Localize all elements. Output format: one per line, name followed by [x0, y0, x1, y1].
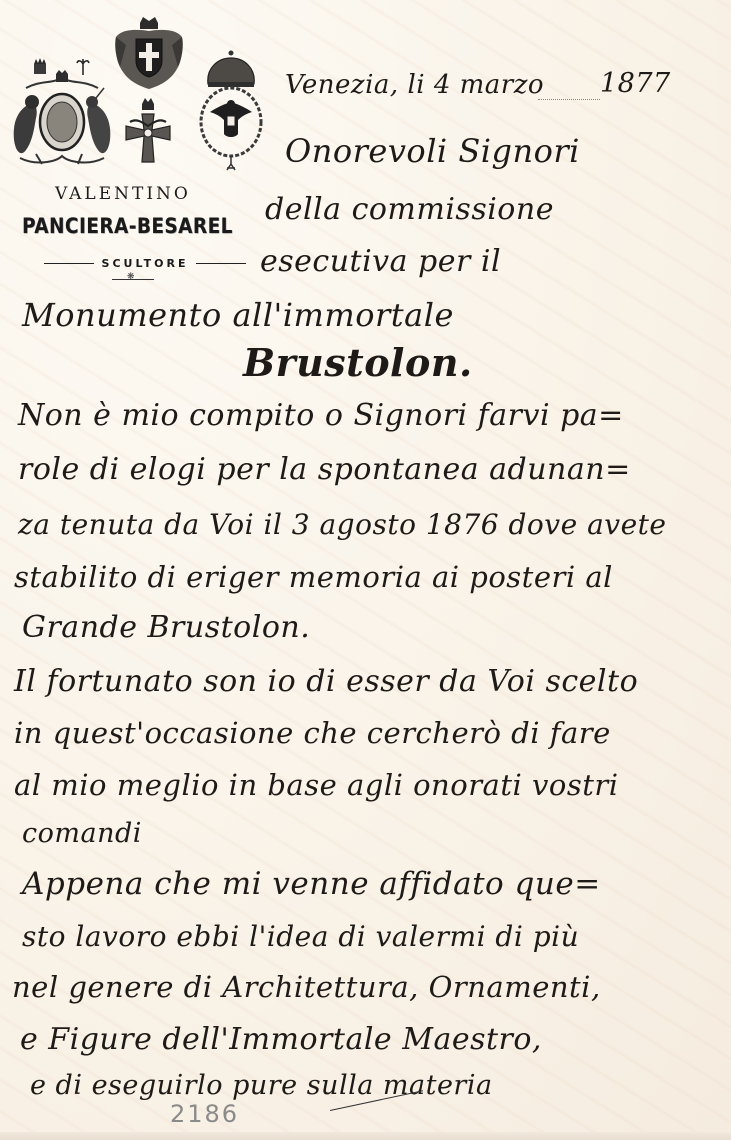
divider [44, 263, 94, 264]
place-date: Venezia, li 4 marzo [285, 70, 544, 100]
address-line: della commissione [265, 192, 554, 227]
ornament-divider [112, 279, 154, 283]
coat-of-arms-icon [6, 70, 118, 170]
body-line: Appena che mi venne affidato que= [22, 866, 601, 902]
order-cross-icon [120, 96, 176, 172]
body-line: comandi [22, 818, 142, 849]
body-line: in quest'occasione che cercherò di fare [14, 716, 611, 750]
divider [196, 263, 246, 264]
letterhead-first-name: VALENTINO [55, 184, 265, 204]
subject-name: Brustolon. [243, 340, 473, 385]
address-line: Monumento all'immortale [22, 296, 454, 334]
letterhead-emblems [0, 0, 280, 180]
letterhead-surname: PANCIERA-BESAREL [22, 214, 233, 238]
letterhead-profession: SCULTORE [102, 257, 189, 270]
body-line: e Figure dell'Immortale Maestro, [20, 1022, 542, 1057]
year: 1877 [600, 68, 671, 99]
page-edge [0, 1132, 731, 1140]
savoy-shield-icon [112, 15, 186, 93]
body-line: Il fortunato son io di esser da Voi scel… [14, 664, 638, 699]
body-line: za tenuta da Voi il 3 agosto 1876 dove a… [18, 508, 666, 541]
body-line: al mio meglio in base agli onorati vostr… [14, 768, 619, 802]
body-line: nel genere di Architettura, Ornamenti, [12, 970, 601, 1004]
body-line: role di elogi per la spontanea adunan= [18, 452, 631, 487]
letterhead-profession-row: SCULTORE [40, 254, 250, 272]
archive-number: 2186 [170, 1100, 239, 1128]
body-line: e di eseguirlo pure sulla materia [30, 1070, 493, 1101]
body-line: sto lavoro ebbi l'idea di valermi di più [22, 920, 579, 953]
body-line: Non è mio compito o Signori farvi pa= [18, 398, 624, 433]
body-line: Grande Brustolon. [22, 610, 310, 645]
address-line: esecutiva per il [260, 244, 501, 279]
eagle-crest-icon [194, 50, 268, 174]
date-dotted-line [538, 99, 600, 100]
body-line: stabilito di eriger memoria ai posteri a… [14, 560, 613, 594]
salutation: Onorevoli Signori [285, 132, 580, 170]
